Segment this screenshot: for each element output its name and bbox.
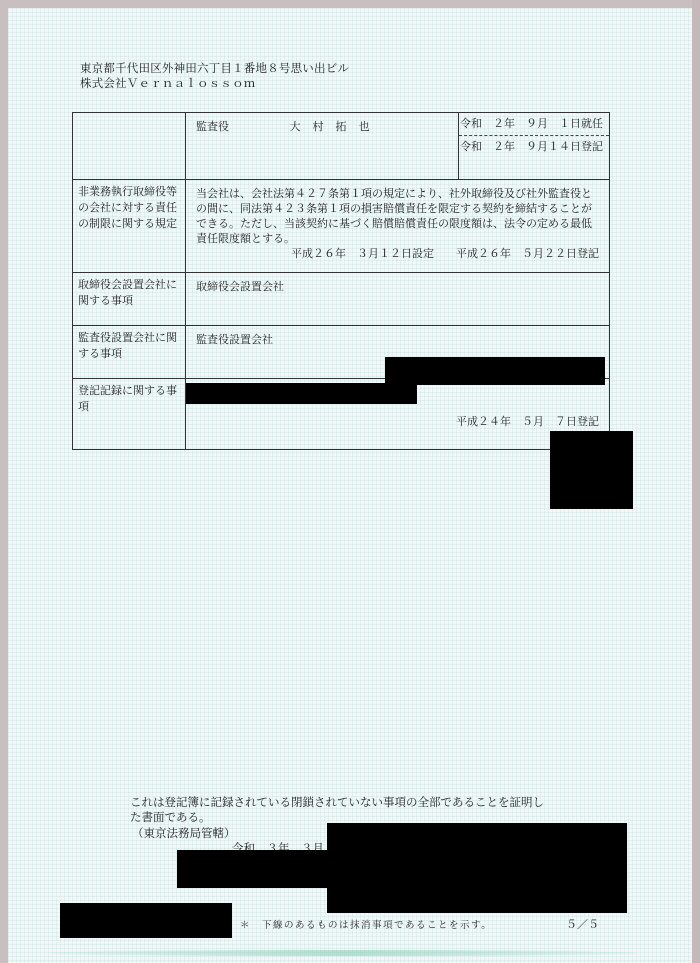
redaction-block	[385, 357, 605, 385]
officer-name: 大村拓也	[290, 120, 382, 133]
row-label: 監査役設置会社に関する事項	[73, 326, 186, 379]
bureau-jurisdiction: （東京法務局管轄）	[132, 825, 236, 841]
company-name: 株式会社Ｖｅｒｎａｌｏｓｓｏｍ	[80, 75, 256, 91]
officer-title: 監査役	[196, 119, 286, 134]
officer-dates: 令和 ２年 ９月 １日就任 令和 ２年 ９月１４日登記	[459, 113, 610, 180]
company-address: 東京都千代田区外神田六丁目１番地８号思い出ビル	[80, 60, 349, 76]
redaction-block	[327, 823, 627, 913]
reg-date: 平成２６年 ５月２２日登記	[456, 247, 599, 260]
appointed-date: 令和 ２年 ９月 １日就任	[459, 113, 609, 136]
scan-edge	[692, 0, 700, 963]
officer-row: 監査役 大村拓也 令和 ２年 ９月 １日就任 令和 ２年 ９月１４日登記	[73, 113, 610, 180]
officer-content: 監査役 大村拓也	[186, 113, 459, 180]
redaction-block	[177, 850, 329, 888]
board-row: 取締役会設置会社に関する事項 取締役会設置会社	[73, 273, 610, 326]
page-number: ５／５	[566, 916, 599, 932]
row-stamp: 平成２６年 ３月１２日設定平成２６年 ５月２２日登記	[196, 246, 599, 261]
redaction-block	[60, 903, 232, 938]
row-label: 非業務執行取締役等の会社に対する責任の制限に関する規定	[73, 180, 186, 273]
certification-text: これは登記簿に記録されている閉鎖されていない事項の全部であることを証明した書面で…	[130, 795, 550, 825]
liability-limit-row: 非業務執行取締役等の会社に対する責任の制限に関する規定 当会社は、会社法第４２７…	[73, 180, 610, 273]
footer-note: ＊ 下線のあるものは抹消事項であることを示す。	[240, 917, 492, 931]
redaction-block	[550, 431, 633, 509]
reg-date: 平成２４年 ５月 ７日登記	[196, 414, 599, 429]
row-content: 取締役会設置会社	[186, 273, 610, 326]
liability-limit-content: 当会社は、会社法第４２７条第１項の規定により、社外取締役及び社外監査役との間に、…	[186, 180, 610, 273]
row-label: 取締役会設置会社に関する事項	[73, 273, 186, 326]
decorative-wave	[48, 950, 638, 956]
row-label: 登記記録に関する事項	[73, 379, 186, 450]
officer-label-cell	[73, 113, 186, 180]
set-date: 平成２６年 ３月１２日設定	[291, 247, 434, 260]
redaction-block	[186, 383, 417, 404]
row-content: 当会社は、会社法第４２７条第１項の規定により、社外取締役及び社外監査役との間に、…	[196, 186, 599, 246]
registered-date: 令和 ２年 ９月１４日登記	[459, 136, 609, 158]
